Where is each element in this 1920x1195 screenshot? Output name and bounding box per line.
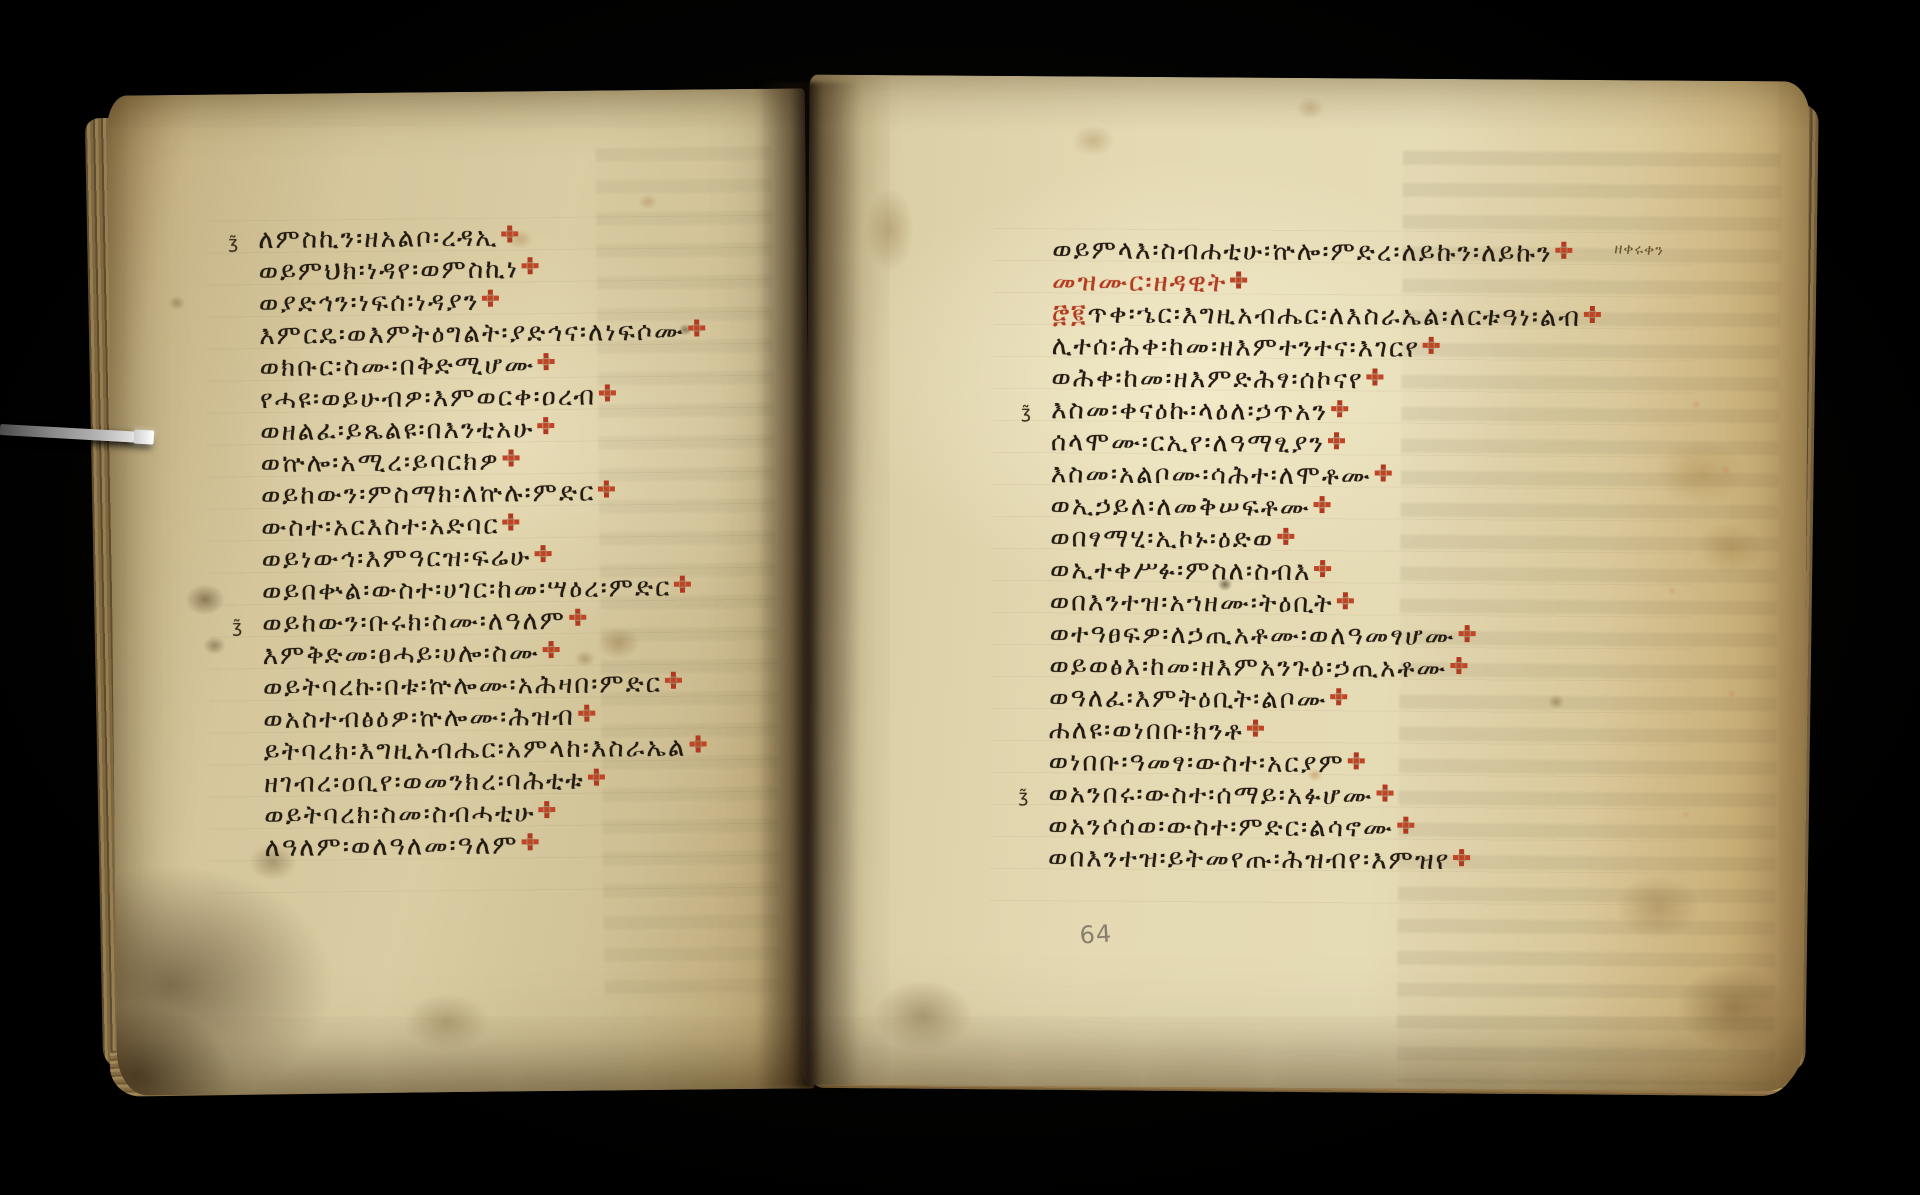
verse-separator-icon [1253, 726, 1258, 731]
verse-separator-icon [488, 296, 493, 301]
text-line: ወኵሎ፡አሚረ፡ይባርክዎ [224, 443, 702, 480]
left-page: ʒ̃ለምስኪን፡ዘአልቦ፡ረዳኢወይምህክ፡ነዳየ፡ወምስኪነወያድኅን፡ነፍሰ… [107, 88, 815, 1095]
verse-text: ወዘልፈ፡ይጼልዩ፡በእንቲአሁ [260, 414, 535, 447]
verse-text: ወተዓፀፍዎ፡ለኃጢአቶሙ፡ወለዓመፃሆሙ [1050, 619, 1456, 652]
text-line: ሰላሞሙ፡ርኢየ፡ለዓማፂያን [1015, 426, 1596, 462]
right-page: ወይምላእ፡ስብሐቲሁ፡ኵሎ፡ምድረ፡ለይኩን፡ለይኩንመዝሙር፡ዘዳዊት፸፪ጥ… [802, 75, 1809, 1092]
verse-text: እስመ፡አልቦሙ፡ሳሕተ፡ለሞቶሙ [1051, 459, 1372, 491]
verse-text: ወዓለፈ፡እምትዕቢት፡ልቦሙ [1049, 683, 1327, 715]
verse-separator-icon [545, 807, 550, 812]
verse-text: ወሕቀ፡ከመ፡ዘእምድሕፃ፡ሰኮናየ [1051, 363, 1363, 395]
verse-text: ወይወፅእ፡ከመ፡ዘእምአንጉዕ፡ኃጢአቶሙ [1049, 651, 1447, 684]
verse-separator-icon [1236, 278, 1241, 283]
text-line: እስመ፡አልቦሙ፡ሳሕተ፡ለሞቶሙ [1015, 458, 1596, 494]
verse-separator-icon [1464, 631, 1469, 636]
verse-text: ለዓለም፡ወለዓለመ፡ዓለም [265, 830, 519, 863]
text-line: ወነበቡ፡ዓመፃ፡ውስተ፡አርያም [1013, 746, 1594, 782]
verse-text: ሰላሞሙ፡ርኢየ፡ለዓማፂያን [1051, 427, 1325, 459]
verse-text: ይትባረክ፡እግዚአብሔር፡አምላከ፡እስራኤል [264, 733, 687, 767]
text-line: ዘገብረ፡ዐቢየ፡ወመንክረ፡ባሕቲቱ [228, 763, 706, 800]
text-line: ወበእንተዝ፡አኀዘሙ፡ትዕቢት [1014, 586, 1595, 622]
margin-mark: ʒ̃ [228, 227, 238, 259]
text-line: ፸፪ጥቀ፡ኄር፡እግዚአብሔር፡ለእስራኤል፡ለርቱዓነ፡ልብ [1016, 298, 1597, 334]
text-line: ʒ̃ወአንበሩ፡ውስተ፡ሰማይ፡አፉሆሙ [1012, 778, 1593, 814]
verse-text: ወነበቡ፡ዓመፃ፡ውስተ፡አርያም [1049, 747, 1345, 779]
verse-separator-icon [594, 775, 599, 780]
text-line: ወይምላእ፡ስብሐቲሁ፡ኵሎ፡ምድረ፡ለይኩን፡ለይኩን [1016, 234, 1597, 270]
text-line: ወክቡር፡ስሙ፡በቅድሚሆሙ [223, 347, 701, 384]
text-line: ወይነውኅ፡እምዓርዝ፡ፍሬሁ [225, 539, 703, 576]
verse-separator-icon [544, 359, 549, 364]
verse-text: ወይነውኅ፡እምዓርዝ፡ፍሬሁ [261, 542, 531, 575]
verse-text: ወይከውን፡ቡሩክ፡ስሙ፡ለዓለም [262, 606, 566, 639]
text-line: ወኢኃይለ፡ለመቅሠፍቶሙ [1014, 490, 1595, 526]
verse-separator-icon [1343, 598, 1348, 603]
verse-separator-icon [695, 742, 700, 747]
right-page-text: ወይምላእ፡ስብሐቲሁ፡ኵሎ፡ምድረ፡ለይኩን፡ለይኩንመዝሙር፡ዘዳዊት፸፪ጥ… [1012, 234, 1598, 878]
verse-text: ወአንሶሰወ፡ውስተ፡ምድር፡ልሳኖሙ [1048, 811, 1394, 843]
verse-text: ሊተሰ፡ሕቀ፡ከመ፡ዘእምተንተና፡እገርየ [1052, 331, 1421, 364]
verse-separator-icon [604, 486, 609, 491]
verse-separator-icon [1429, 343, 1434, 348]
verse-text: ወበእንተዝ፡አኀዘሙ፡ትዕቢት [1050, 587, 1334, 619]
verse-separator-icon [528, 263, 533, 268]
verse-text: ወበፃማሂ፡ኢኮኑ፡ዕድወ [1050, 523, 1274, 555]
verse-text: ፸፪ [1052, 299, 1088, 329]
text-line: ወይምህክ፡ነዳየ፡ወምስኪነ [222, 251, 700, 288]
pointer-tip [133, 429, 154, 444]
pencil-page-number: 64 [1079, 920, 1113, 950]
verse-separator-icon [1456, 663, 1461, 668]
verse-text: መዝሙር፡ዘዳዊት [1052, 267, 1227, 298]
verse-text: እምቅድመ፡ፀሓይ፡ሀሎ፡ስሙ [263, 638, 540, 671]
text-line: ʒ̃ለምስኪን፡ዘአልቦ፡ረዳኢ [222, 219, 700, 256]
text-line: ወያድኅን፡ነፍሰ፡ነዳያን [223, 283, 701, 320]
text-line: ወበእንተዝ፡ይትመየጡ፡ሕዝብየ፡እምዝየ [1012, 842, 1593, 878]
verse-separator-icon [1381, 471, 1386, 476]
text-line: ወይበቍል፡ውስተ፡ሀገር፡ከመ፡ሣዕረ፡ምድር [226, 571, 704, 608]
verse-text: ውስተ፡አርእስተ፡አድባር [261, 511, 500, 543]
verse-separator-icon [1320, 566, 1325, 571]
verse-text: ወይበቍል፡ውስተ፡ሀገር፡ከመ፡ሣዕረ፡ምድር [262, 573, 672, 607]
text-line: ʒ̃እስመ፡ቀናዕኩ፡ላዕለ፡ኃጥአን [1015, 394, 1596, 430]
verse-separator-icon [575, 615, 580, 620]
verse-separator-icon [1590, 312, 1595, 317]
text-line: እምርዴ፡ወእምትዕግልት፡ያድኅና፡ለነፍሶሙ [223, 315, 701, 352]
verse-separator-icon [543, 423, 548, 428]
photo-stage: ʒ̃ለምስኪን፡ዘአልቦ፡ረዳኢወይምህክ፡ነዳየ፡ወምስኪነወያድኅን፡ነፍሰ… [0, 0, 1920, 1195]
verse-text: ለምስኪን፡ዘአልቦ፡ረዳኢ [258, 223, 499, 256]
verse-text: የሓዩ፡ወይሁብዎ፡እምወርቀ፡ዐረብ [260, 382, 596, 416]
text-line: ወይትባረኩ፡በቱ፡ኵሎሙ፡አሕዛበ፡ምድር [227, 667, 705, 704]
verse-text: ወያድኅን፡ነፍሰ፡ነዳያን [259, 287, 480, 319]
verse-text: ወአንበሩ፡ውስተ፡ሰማይ፡አፉሆሙ [1048, 779, 1373, 811]
verse-text: ወይትባረክ፡ስመ፡ስብሓቲሁ [264, 798, 536, 831]
verse-text: ጥቀ፡ኄር፡እግዚአብሔር፡ለእስራኤል፡ለርቱዓነ፡ልብ [1087, 299, 1581, 332]
verse-text: ወይምህክ፡ነዳየ፡ወምስኪነ [258, 254, 519, 287]
verse-separator-icon [527, 839, 532, 844]
verse-separator-icon [605, 390, 610, 395]
verse-separator-icon [1283, 534, 1288, 539]
verse-text: ወኢኃይለ፡ለመቅሠፍቶሙ [1050, 491, 1310, 523]
left-page-text: ʒ̃ለምስኪን፡ዘአልቦ፡ረዳኢወይምህክ፡ነዳየ፡ወምስኪነወያድኅን፡ነፍሰ… [222, 219, 706, 864]
verse-separator-icon [509, 455, 514, 460]
text-line: ወሕቀ፡ከመ፡ዘእምድሕፃ፡ሰኮናየ [1015, 362, 1596, 398]
text-line: መዝሙር፡ዘዳዊት [1016, 266, 1597, 302]
verse-separator-icon [694, 325, 699, 330]
text-line: ለዓለም፡ወለዓለመ፡ዓለም [229, 827, 707, 864]
text-line: ወበፃማሂ፡ኢኮኑ፡ዕድወ [1014, 522, 1595, 558]
verse-text: ወበእንተዝ፡ይትመየጡ፡ሕዝብየ፡እምዝየ [1048, 843, 1450, 876]
corner-ink-note: ዘቀሩቀን [1614, 239, 1664, 259]
verse-separator-icon [1382, 791, 1387, 796]
verse-text: ወይከውን፡ምስማክ፡ለኵሉ፡ምድር [261, 478, 596, 512]
margin-mark: ʒ̃ [1021, 397, 1031, 429]
verse-separator-icon [680, 582, 685, 587]
verse-separator-icon [1373, 374, 1378, 379]
verse-separator-icon [1337, 406, 1342, 411]
verse-separator-icon [1320, 502, 1325, 507]
margin-mark: ʒ̃ [232, 611, 242, 643]
text-line: ወዓለፈ፡እምትዕቢት፡ልቦሙ [1013, 682, 1594, 718]
text-line: ወአንሶሰወ፡ውስተ፡ምድር፡ልሳኖሙ [1012, 810, 1593, 846]
verse-text: ወይትባረኩ፡በቱ፡ኵሎሙ፡አሕዛበ፡ምድር [263, 669, 662, 703]
verse-separator-icon [1562, 248, 1567, 253]
verse-separator-icon [1354, 758, 1359, 763]
verse-separator-icon [1459, 855, 1464, 860]
verse-separator-icon [1334, 438, 1339, 443]
verse-text: ወኢተቀሥፉ፡ምስለ፡ስብእ [1050, 555, 1312, 587]
verse-text: እምርዴ፡ወእምትዕግልት፡ያድኅና፡ለነፍሶሙ [259, 317, 685, 351]
text-line: ሊተሰ፡ሕቀ፡ከመ፡ዘእምተንተና፡እገርየ [1016, 330, 1597, 366]
verse-text: እስመ፡ቀናዕኩ፡ላዕለ፡ኃጥአን [1051, 395, 1328, 427]
verse-text: ወክቡር፡ስሙ፡በቅድሚሆሙ [259, 350, 535, 383]
text-line: እምቅድመ፡ፀሓይ፡ሀሎ፡ስሙ [226, 635, 704, 672]
verse-text: ዘገብረ፡ዐቢየ፡ወመንክረ፡ባሕቲቱ [264, 766, 585, 799]
verse-text: ወኵሎ፡አሚረ፡ይባርክዎ [260, 447, 499, 480]
verse-separator-icon [584, 711, 589, 716]
verse-text: ወይምላእ፡ስብሐቲሁ፡ኵሎ፡ምድረ፡ለይኩን፡ለይኩን [1052, 235, 1552, 268]
verse-text: ወአስተብፅዕዎ፡ኵሎሙ፡ሕዝብ [263, 702, 575, 735]
text-line: ʒ̃ወይከውን፡ቡሩክ፡ስሙ፡ለዓለም [226, 603, 704, 640]
text-line: ወተዓፀፍዎ፡ለኃጢአቶሙ፡ወለዓመፃሆሙ [1014, 618, 1595, 654]
verse-separator-icon [1336, 694, 1341, 699]
verse-separator-icon [508, 231, 513, 236]
text-line: ሐለዩ፡ወነበቡ፡ክንቶ [1013, 714, 1594, 750]
verse-separator-icon [540, 551, 545, 556]
verse-separator-icon [671, 678, 676, 683]
text-line: ውስተ፡አርእስተ፡አድባር [225, 507, 703, 544]
text-line: ወአስተብፅዕዎ፡ኵሎሙ፡ሕዝብ [227, 699, 705, 736]
margin-mark: ʒ̃ [1018, 781, 1028, 813]
text-line: ወኢተቀሥፉ፡ምስለ፡ስብእ [1014, 554, 1595, 590]
text-line: ወይከውን፡ምስማክ፡ለኵሉ፡ምድር [225, 475, 703, 512]
text-line: ይትባረክ፡እግዚአብሔር፡አምላከ፡እስራኤል [227, 731, 705, 768]
text-line: የሓዩ፡ወይሁብዎ፡እምወርቀ፡ዐረብ [224, 379, 702, 416]
text-line: ወይወፅእ፡ከመ፡ዘእምአንጉዕ፡ኃጢአቶሙ [1013, 650, 1594, 686]
text-line: ወዘልፈ፡ይጼልዩ፡በእንቲአሁ [224, 411, 702, 448]
verse-separator-icon [1403, 823, 1408, 828]
verse-separator-icon [549, 647, 554, 652]
verse-text: ሐለዩ፡ወነበቡ፡ክንቶ [1049, 715, 1244, 746]
verse-separator-icon [509, 519, 514, 524]
text-line: ወይትባረክ፡ስመ፡ስብሓቲሁ [228, 795, 706, 832]
